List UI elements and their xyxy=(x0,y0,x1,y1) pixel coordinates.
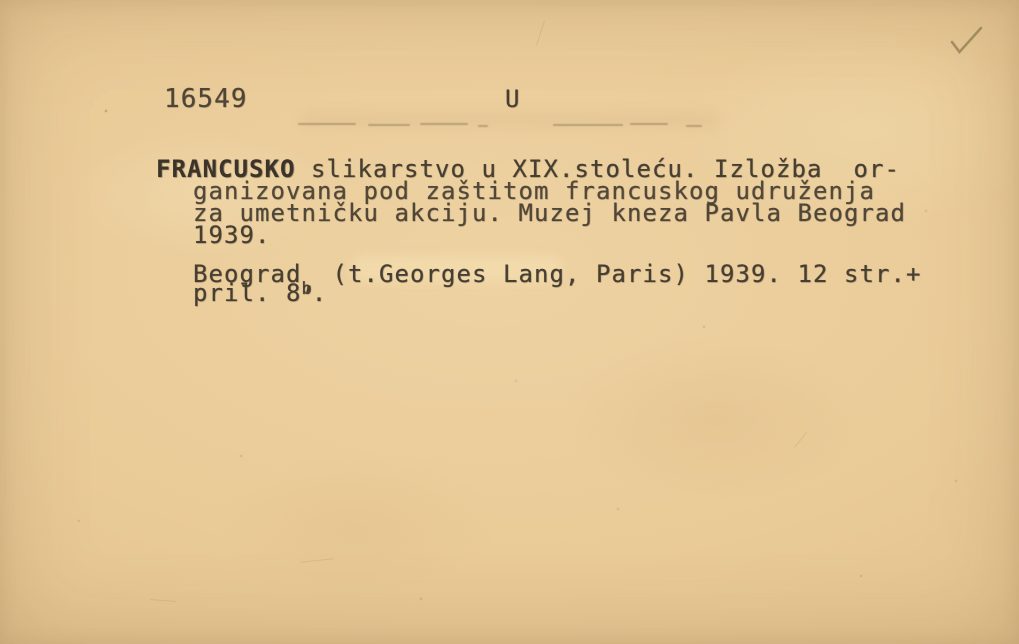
imprint-line-2-start: pril. 8 xyxy=(193,279,302,307)
paper-fiber xyxy=(794,432,808,448)
imprint-line-2: pril. 8b. xyxy=(193,281,327,305)
paper-fiber xyxy=(536,20,545,45)
imprint-format-superscript: b xyxy=(302,279,312,299)
imprint-line-1-rest: (t.Georges Lang, Paris) 1939. 12 str.+ xyxy=(317,260,921,288)
entry-line-4: 1939. xyxy=(193,223,271,247)
catalog-number: 16549 xyxy=(164,86,248,112)
entry-line-3: za umetničku akciju. Muzej kneza Pavla B… xyxy=(193,201,906,225)
imprint-line-2-end: . xyxy=(312,279,328,307)
check-icon xyxy=(947,25,985,55)
catalog-card: 16549 U FRANCUSKO slikarstvo u XIX.stole… xyxy=(0,0,1019,644)
paper-fiber xyxy=(300,558,334,563)
erased-text-remnant xyxy=(298,120,708,130)
heading-letter: U xyxy=(505,87,521,111)
paper-fiber xyxy=(150,599,176,602)
paper-texture xyxy=(0,0,2,2)
